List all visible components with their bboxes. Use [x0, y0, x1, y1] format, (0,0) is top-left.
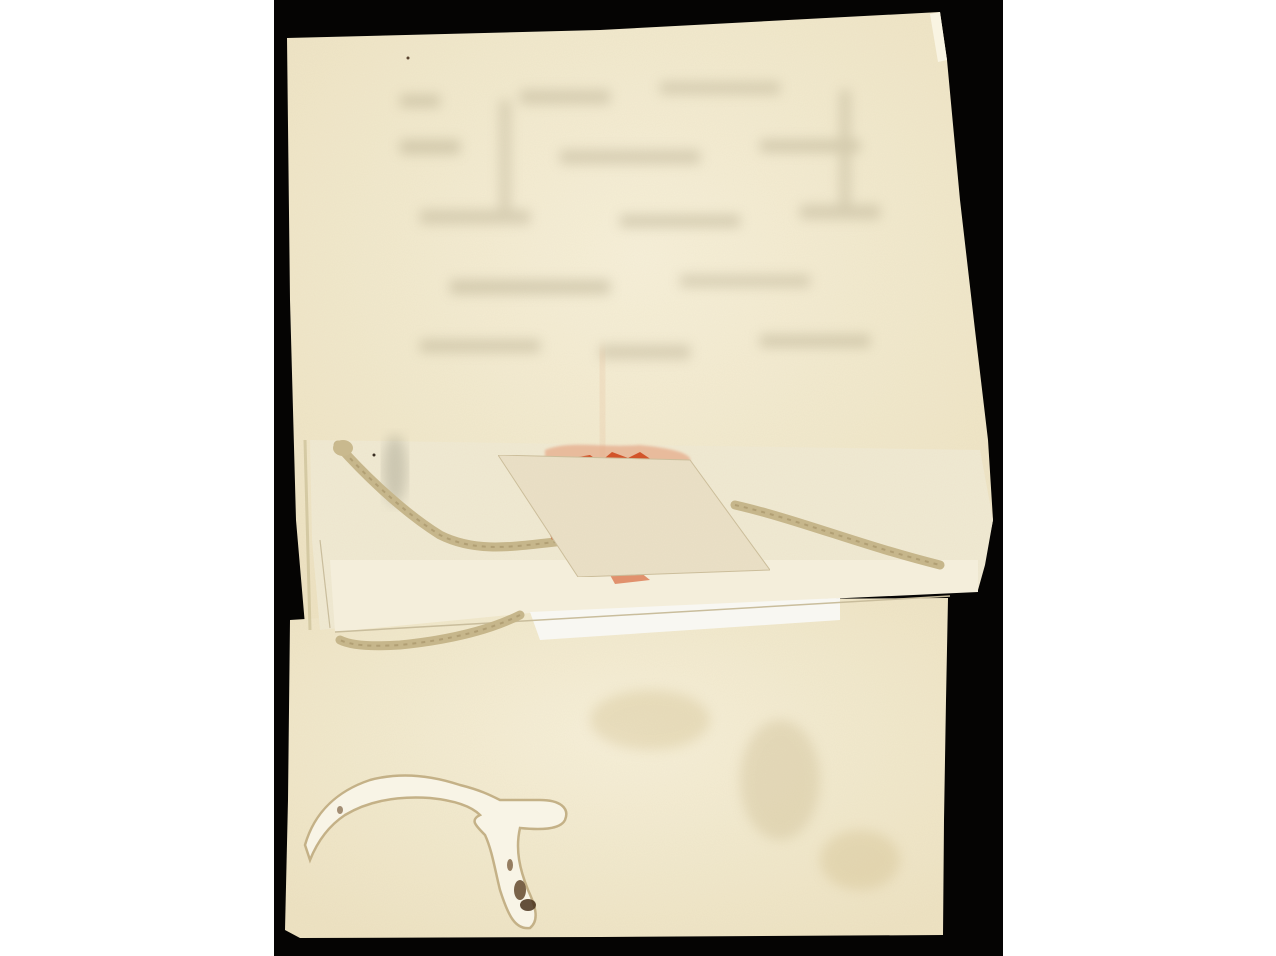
paper-speck	[373, 454, 376, 457]
paper-speck	[407, 57, 410, 60]
string-end-frayed	[333, 440, 353, 456]
letter-photo	[0, 0, 1276, 956]
